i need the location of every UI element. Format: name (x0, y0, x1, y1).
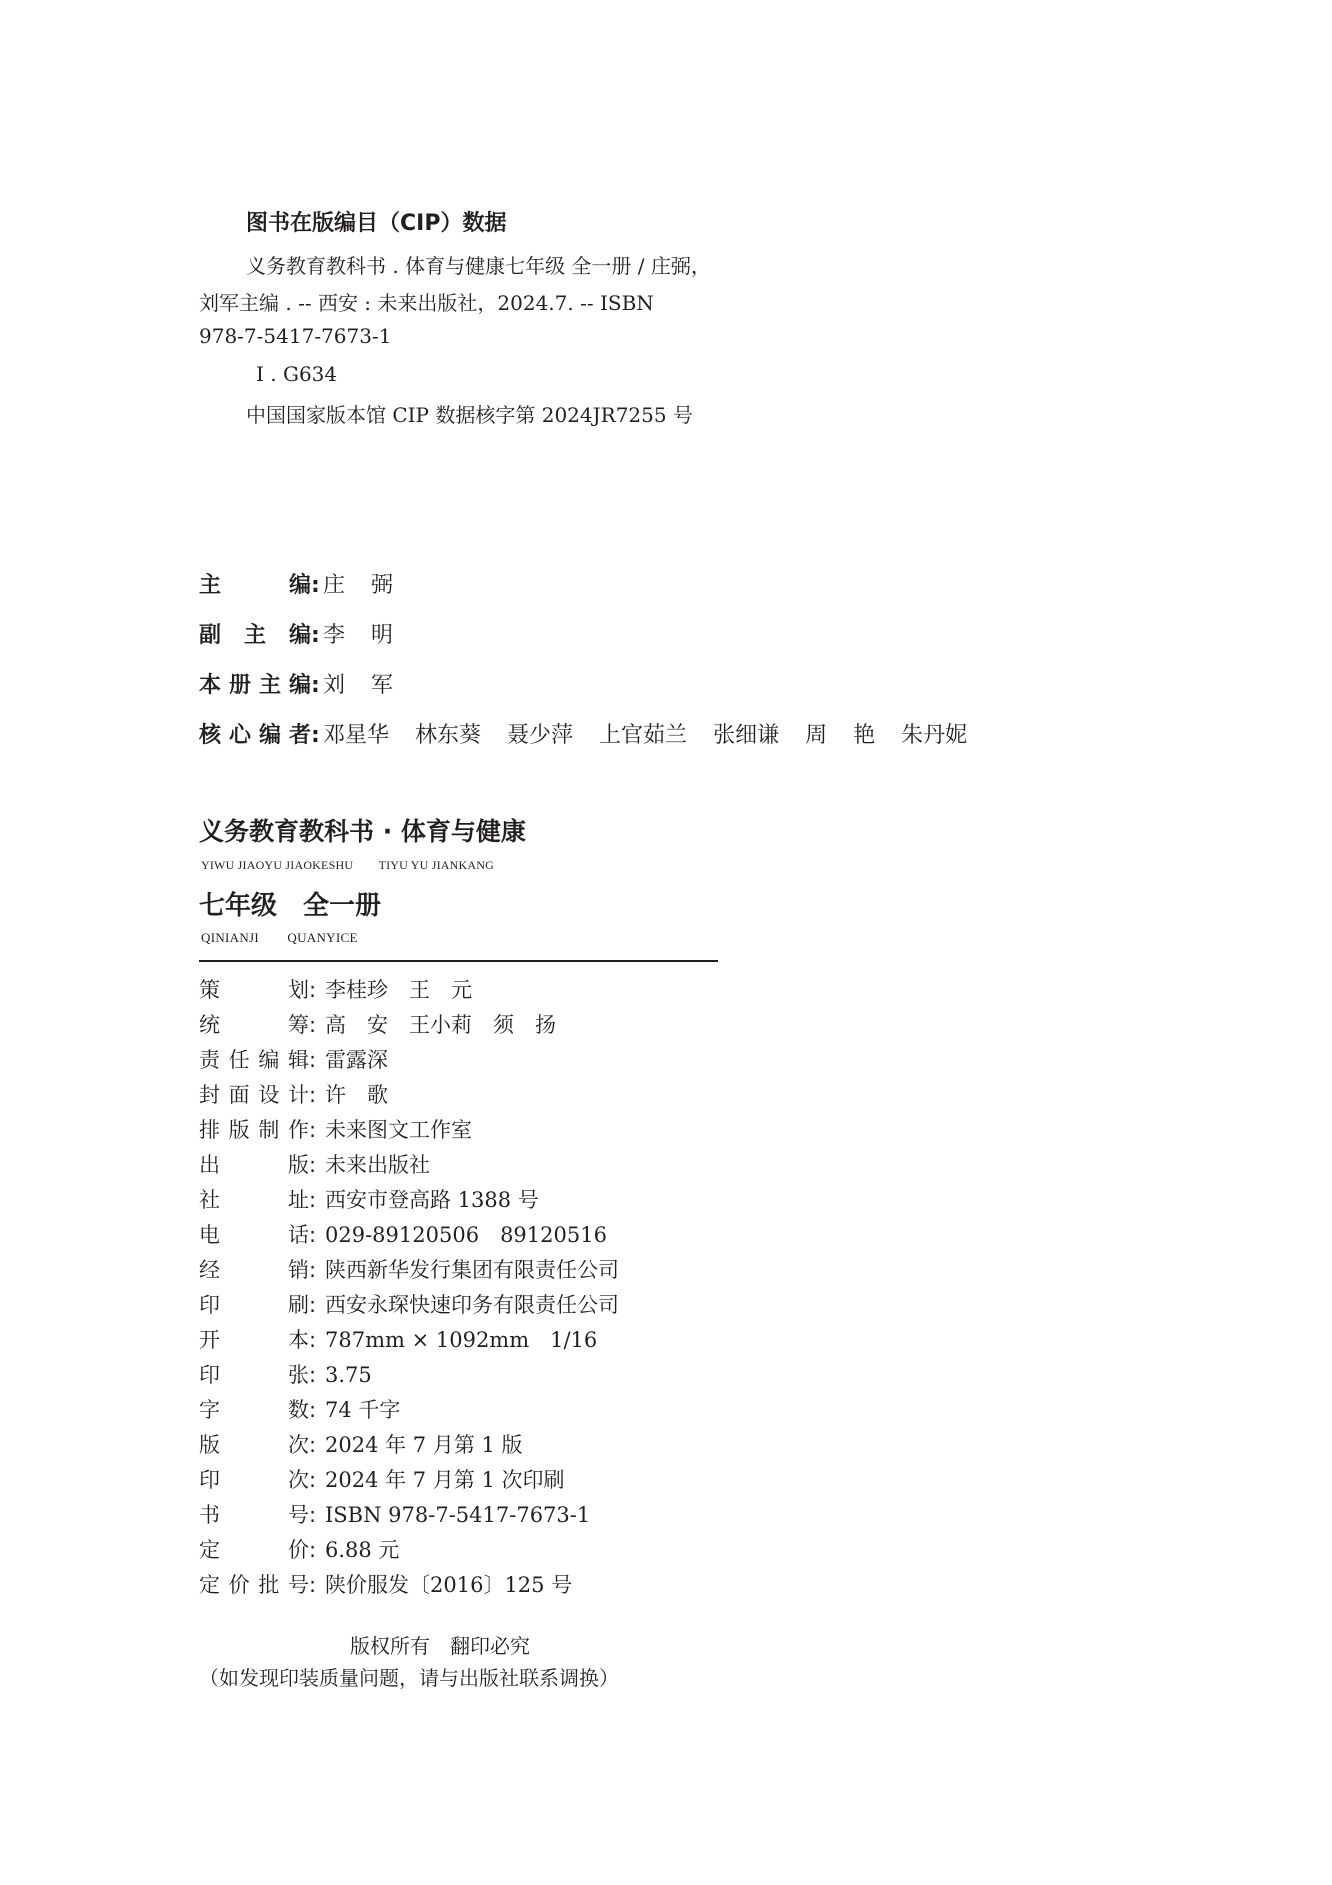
pub-row-editor-in-charge: 责任编辑:雷露深 (199, 1050, 388, 1071)
colon: : (309, 1225, 325, 1246)
cip-line-4: Ⅰ . G634 (256, 362, 337, 386)
colon: : (311, 573, 323, 598)
pub-row-price: 定价:6.88 元 (199, 1540, 399, 1561)
pub-label: 封面设计 (199, 1085, 309, 1106)
pub-label: 电话 (199, 1225, 309, 1246)
pub-value: 未来图文工作室 (325, 1120, 472, 1141)
colon: : (309, 1085, 325, 1106)
pub-value: 787mm × 1092mm 1/16 (325, 1330, 597, 1351)
editor-name: 邓星华 (323, 723, 389, 748)
editor-label: 核心编者 (199, 718, 311, 749)
colon: : (309, 1155, 325, 1176)
colon: : (309, 1505, 325, 1526)
copyright-notice: 版权所有 翻印必究 (350, 1630, 530, 1659)
pub-value: 74 千字 (325, 1400, 400, 1421)
editor-name: 周 (805, 723, 827, 748)
pub-value: 3.75 (325, 1365, 372, 1386)
editor-name: 艳 (853, 723, 875, 748)
divider-rule (199, 960, 718, 962)
pub-label: 定价批号 (199, 1575, 309, 1596)
colon: : (311, 623, 323, 648)
editor-name: 上官茹兰 (599, 723, 687, 748)
pub-row-isbn: 书号:ISBN 978-7-5417-7673-1 (199, 1505, 590, 1526)
pub-value: 李桂珍 王 元 (325, 980, 472, 1001)
book-title-pinyin: YIWU JIAOYU JIAOKESHU TIYU YU JIANKANG (201, 858, 494, 873)
editor-label: 本册主编 (199, 668, 311, 699)
editor-name: 弼 (371, 573, 393, 598)
pub-value: 陕西新华发行集团有限责任公司 (325, 1260, 619, 1281)
editor-name: 刘 (323, 673, 345, 698)
pub-row-format: 开本:787mm × 1092mm 1/16 (199, 1330, 597, 1351)
pub-row-coordination: 统筹:高 安 王小莉 须 扬 (199, 1015, 556, 1036)
colon: : (309, 1470, 325, 1491)
cip-line-3: 978-7-5417-7673-1 (199, 324, 391, 348)
pub-row-word-count: 字数:74 千字 (199, 1400, 400, 1421)
colon: : (309, 1015, 325, 1036)
pub-value: 西安永琛快速印务有限责任公司 (325, 1295, 619, 1316)
pub-row-printer: 印刷:西安永琛快速印务有限责任公司 (199, 1295, 619, 1316)
pub-label: 印次 (199, 1470, 309, 1491)
pub-value: 许 歌 (325, 1085, 388, 1106)
editor-values: 李明 (323, 618, 419, 649)
editor-values: 邓星华林东葵聂少萍上官茹兰张细谦周艳朱丹妮 (323, 718, 993, 749)
quality-notice: （如发现印装质量问题，请与出版社联系调换） (199, 1662, 619, 1691)
colon: : (311, 673, 323, 698)
colon: : (309, 1365, 325, 1386)
pub-value: 2024 年 7 月第 1 次印刷 (325, 1470, 565, 1491)
pub-value: ISBN 978-7-5417-7673-1 (325, 1505, 590, 1526)
editor-row-volume: 本册主编 : 刘军 (199, 668, 419, 699)
pub-label: 字数 (199, 1400, 309, 1421)
editor-label: 主编 (199, 568, 311, 599)
pub-value: 陕价服发〔2016〕125 号 (325, 1575, 572, 1596)
colon: : (309, 1120, 325, 1141)
cip-line-5: 中国国家版本馆 CIP 数据核字第 2024JR7255 号 (246, 399, 693, 428)
colon: : (311, 723, 323, 748)
editor-name: 明 (371, 623, 393, 648)
pub-row-typesetting: 排版制作:未来图文工作室 (199, 1120, 472, 1141)
pub-value: 雷露深 (325, 1050, 388, 1071)
pub-label: 开本 (199, 1330, 309, 1351)
pub-row-cover-design: 封面设计:许 歌 (199, 1085, 388, 1106)
colon: : (309, 1260, 325, 1281)
book-title: 义务教育教科书 · 体育与健康 (199, 812, 526, 848)
editor-name: 聂少萍 (507, 723, 573, 748)
editor-name: 朱丹妮 (901, 723, 967, 748)
pub-value: 2024 年 7 月第 1 版 (325, 1435, 523, 1456)
colon: : (309, 980, 325, 1001)
pub-label: 出版 (199, 1155, 309, 1176)
pub-label: 统筹 (199, 1015, 309, 1036)
editor-row-core: 核心编者 : 邓星华林东葵聂少萍上官茹兰张细谦周艳朱丹妮 (199, 718, 993, 749)
colon: : (309, 1190, 325, 1211)
grade-title: 七年级 全一册 (199, 885, 381, 922)
colon: : (309, 1050, 325, 1071)
pub-label: 社址 (199, 1190, 309, 1211)
editor-values: 刘军 (323, 668, 419, 699)
colon: : (309, 1400, 325, 1421)
pub-label: 策划 (199, 980, 309, 1001)
cip-line-2: 刘军主编 . -- 西安 : 未来出版社，2024.7. -- ISBN (199, 287, 654, 316)
editor-name: 军 (371, 673, 393, 698)
pub-row-address: 社址:西安市登高路 1388 号 (199, 1190, 539, 1211)
pub-row-publisher: 出版:未来出版社 (199, 1155, 430, 1176)
pub-label: 经销 (199, 1260, 309, 1281)
cip-title: 图书在版编目（CIP）数据 (246, 206, 506, 237)
pub-value: 西安市登高路 1388 号 (325, 1190, 539, 1211)
editor-name: 林东葵 (415, 723, 481, 748)
pub-label: 版次 (199, 1435, 309, 1456)
pub-value: 029-89120506 89120516 (325, 1225, 607, 1246)
editor-values: 庄弼 (323, 568, 419, 599)
pub-row-edition: 版次:2024 年 7 月第 1 版 (199, 1435, 523, 1456)
pub-value: 高 安 王小莉 须 扬 (325, 1015, 556, 1036)
editor-label: 副主编 (199, 618, 311, 649)
pub-row-distributor: 经销:陕西新华发行集团有限责任公司 (199, 1260, 619, 1281)
colon: : (309, 1435, 325, 1456)
colon: : (309, 1575, 325, 1596)
pub-row-printing: 印次:2024 年 7 月第 1 次印刷 (199, 1470, 565, 1491)
editor-name: 张细谦 (713, 723, 779, 748)
pub-value: 6.88 元 (325, 1540, 399, 1561)
pub-row-price-approval: 定价批号:陕价服发〔2016〕125 号 (199, 1575, 572, 1596)
editor-row-chief: 主编 : 庄弼 (199, 568, 419, 599)
editor-name: 庄 (323, 573, 345, 598)
pub-row-planning: 策划:李桂珍 王 元 (199, 980, 472, 1001)
pub-row-sheets: 印张:3.75 (199, 1365, 372, 1386)
pub-row-phone: 电话:029-89120506 89120516 (199, 1225, 607, 1246)
pub-label: 印张 (199, 1365, 309, 1386)
pub-label: 定价 (199, 1540, 309, 1561)
pub-label: 书号 (199, 1505, 309, 1526)
colon: : (309, 1295, 325, 1316)
cip-line-1: 义务教育教科书 . 体育与健康七年级 全一册 / 庄弼， (246, 250, 711, 279)
colon: : (309, 1330, 325, 1351)
editor-name: 李 (323, 623, 345, 648)
pub-label: 印刷 (199, 1295, 309, 1316)
pub-value: 未来出版社 (325, 1155, 430, 1176)
colon: : (309, 1540, 325, 1561)
grade-pinyin: QINIANJI QUANYICE (201, 930, 358, 946)
editor-row-deputy: 副主编 : 李明 (199, 618, 419, 649)
pub-label: 排版制作 (199, 1120, 309, 1141)
pub-label: 责任编辑 (199, 1050, 309, 1071)
